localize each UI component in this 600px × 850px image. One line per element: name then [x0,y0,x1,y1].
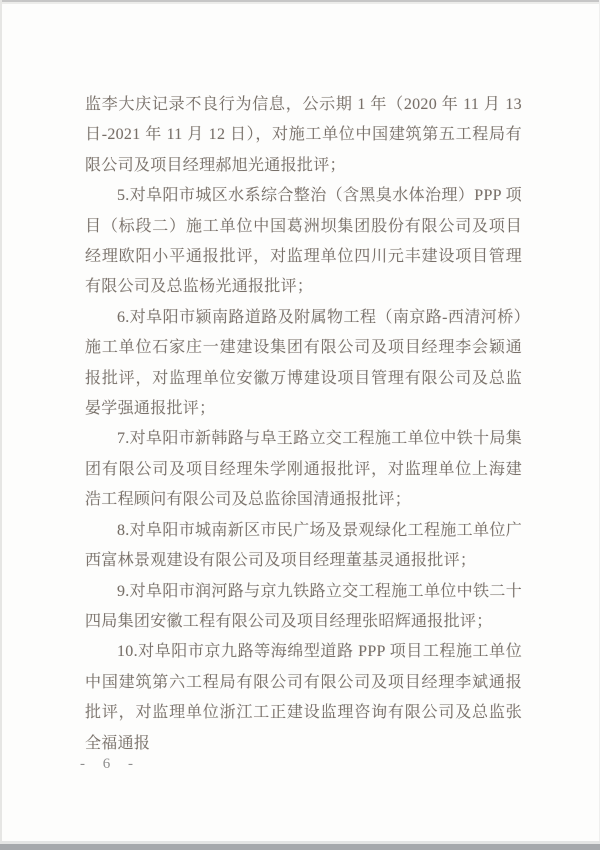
paragraph-continuation: 监李大庆记录不良行为信息，公示期 1 年（2020 年 11 月 13 日-20… [85,90,522,181]
paragraph-item-9: 9.对阜阳市润河路与京九铁路立交工程施工单位中铁二十四局集团安徽工程有限公司及项… [85,577,522,638]
paragraph-item-5: 5.对阜阳市城区水系综合整治（含黑臭水体治理）PPP 项目（标段二）施工单位中国… [85,181,522,303]
document-body: 监李大庆记录不良行为信息，公示期 1 年（2020 年 11 月 13 日-20… [85,90,522,759]
scan-edge-left [0,0,2,850]
scan-edge-bottom [0,844,600,850]
paragraph-item-10: 10.对阜阳市京九路等海绵型道路 PPP 项目工程施工单位中国建筑第六工程局有限… [85,637,522,759]
paragraph-item-6: 6.对阜阳市颍南路道路及附属物工程（南京路-西清河桥）施工单位石家庄一建建设集团… [85,303,522,425]
paragraph-item-7: 7.对阜阳市新韩路与阜王路立交工程施工单位中铁十局集团有限公司及项目经理朱学刚通… [85,424,522,515]
scan-edge-top-soft [0,2,600,4]
paragraph-item-8: 8.对阜阳市城南新区市民广场及景观绿化工程施工单位广西富林景观建设有限公司及项目… [85,516,522,577]
page-number: - 6 - [80,756,140,773]
